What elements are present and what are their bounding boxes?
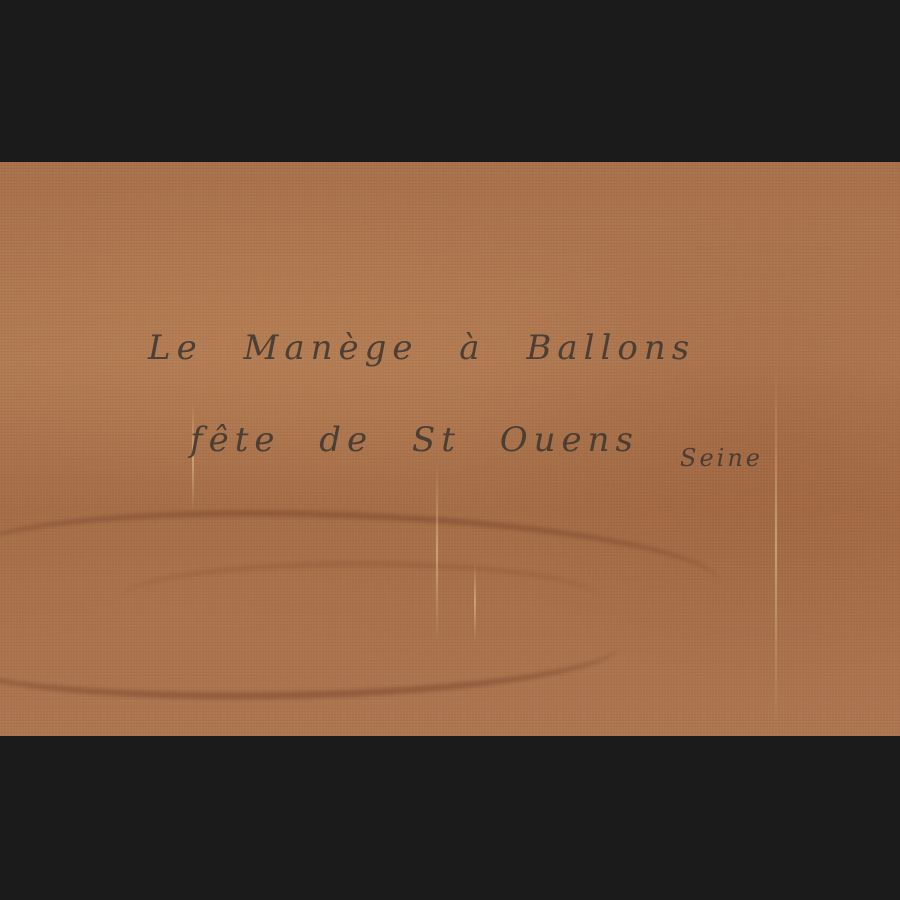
- water-stain: [0, 499, 722, 641]
- inscription-line-1: Le Manège à Ballons: [148, 328, 695, 368]
- inscription-line-2-suffix: Seine: [680, 444, 763, 472]
- water-stain: [0, 596, 621, 705]
- inscription-line-2: fête de St Ouens: [190, 420, 639, 460]
- canvas-back: Le Manège à Ballons fête de St Ouens Sei…: [0, 162, 900, 736]
- water-stain: [120, 562, 600, 636]
- scratch-mark: [775, 362, 777, 732]
- scratch-mark: [436, 462, 438, 642]
- scratch-mark: [474, 562, 476, 642]
